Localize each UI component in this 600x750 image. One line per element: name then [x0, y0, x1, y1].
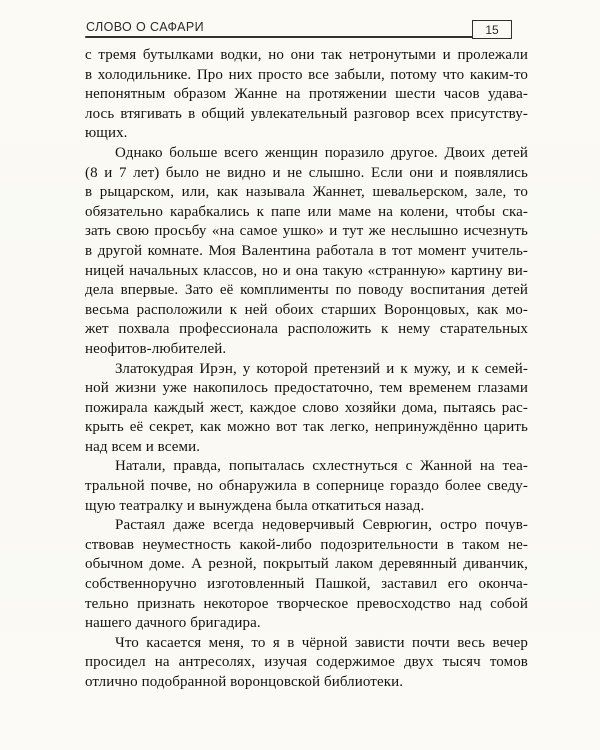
text-line: Натали, правда, попыталась схлестнуться … [85, 457, 528, 477]
text-line: ствовав неуместность какой-либо подозрит… [85, 536, 528, 556]
paragraph: Златокудрая Ирэн, у которой претензий и … [85, 360, 528, 458]
header-rule [85, 36, 473, 38]
paragraph: Однако больше всего женщин поразило друг… [85, 144, 528, 360]
text-line: Что касается меня, то я в чёрной зависти… [85, 634, 528, 654]
text-line: пожирала каждый жест, каждое слово хозяй… [85, 399, 528, 419]
book-page: СЛОВО О САФАРИ 15 с тремя бутылками водк… [0, 0, 600, 750]
paragraph: Натали, правда, попыталась схлестнуться … [85, 457, 528, 516]
paragraph: с тремя бутылками водки, но они так нетр… [85, 46, 528, 144]
text-line: ницей начальных классов, но и она такую … [85, 262, 528, 282]
paragraph: Растаял даже всегда недоверчивый Севрюги… [85, 516, 528, 634]
text-line: над всем и всеми. [85, 438, 528, 458]
text-line: неофитов-любителей. [85, 340, 528, 360]
text-line: с тремя бутылками водки, но они так нетр… [85, 46, 528, 66]
text-line: щую театралку и вынуждена была откатитьс… [85, 497, 528, 517]
text-line: (8 и 7 лет) было не видно и не слышно. Е… [85, 164, 528, 184]
running-title: СЛОВО О САФАРИ [86, 20, 204, 34]
text-line: обязательно карабкались к папе или маме … [85, 203, 528, 223]
text-line: Растаял даже всегда недоверчивый Севрюги… [85, 516, 528, 536]
text-line: дела впервые. Зато её комплименты по пов… [85, 281, 528, 301]
text-line: тельно признать некоторое творческое пре… [85, 595, 528, 615]
text-line: нашего дачного бригадира. [85, 614, 528, 634]
text-line: жет похвала профессионала расположить к … [85, 320, 528, 340]
text-line: тральной почве, но обнаружила в соперниц… [85, 477, 528, 497]
text-line: лось втягивать в общий увлекательный раз… [85, 105, 528, 125]
text-line: в рыцарском, или, как называла Жаннет, ш… [85, 183, 528, 203]
text-line: весьма расположили к ней обоих старших В… [85, 301, 528, 321]
text-line: крыть её секрет, как можно вот так легко… [85, 418, 528, 438]
text-line: просидел на антресолях, изучая содержимо… [85, 653, 528, 673]
text-block: с тремя бутылками водки, но они так нетр… [85, 46, 528, 693]
text-line: ной жизни уже накопилось предостаточно, … [85, 379, 528, 399]
page-number-box: 15 [472, 20, 512, 39]
text-line: обычном доме. А резной, покрытый лаком д… [85, 555, 528, 575]
text-line: в холодильнике. Про них просто все забыл… [85, 66, 528, 86]
page-header: СЛОВО О САФАРИ 15 [85, 19, 512, 39]
text-line: отлично подобранной воронцовской библиот… [85, 673, 528, 693]
page-number: 15 [485, 23, 498, 37]
text-line: непонятным образом Жанне на протяжении ш… [85, 85, 528, 105]
text-line: Однако больше всего женщин поразило друг… [85, 144, 528, 164]
paragraph: Что касается меня, то я в чёрной зависти… [85, 634, 528, 693]
text-line: ющих. [85, 124, 528, 144]
text-line: зать свою просьбу «на самое ушко» и тут … [85, 222, 528, 242]
text-line: собственноручно изготовленный Пашкой, за… [85, 575, 528, 595]
text-line: в другой комнате. Моя Валентина работала… [85, 242, 528, 262]
text-line: Златокудрая Ирэн, у которой претензий и … [85, 360, 528, 380]
